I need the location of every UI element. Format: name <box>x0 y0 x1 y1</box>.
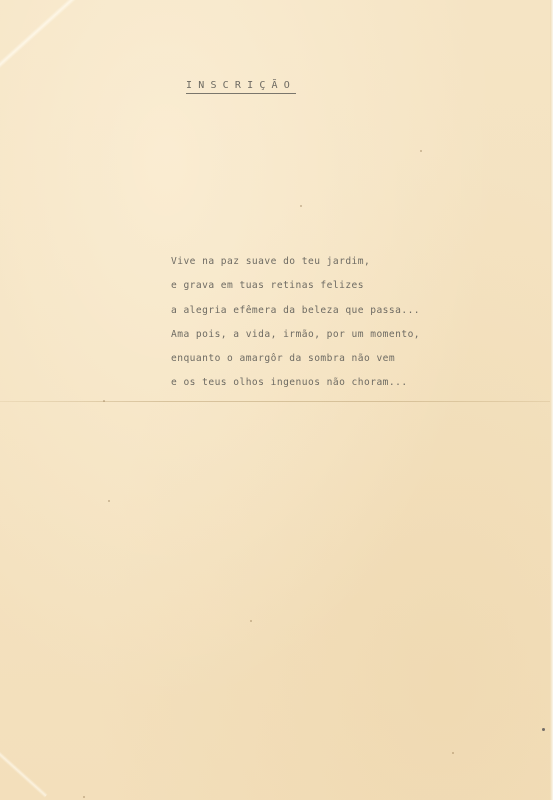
poem-line: e os teus olhos ingenuos não choram... <box>171 371 420 395</box>
paper-speck <box>83 796 85 798</box>
poem-line: a alegria efêmera da beleza que passa... <box>171 299 420 323</box>
poem-line: Vive na paz suave do teu jardim, <box>171 250 420 274</box>
paper-speck <box>108 500 110 502</box>
poem-line: enquanto o amargôr da sombra não vem <box>171 347 420 371</box>
fold-line <box>0 401 553 402</box>
paper-speck <box>103 400 105 402</box>
poem-body: Vive na paz suave do teu jardim, e grava… <box>171 250 420 396</box>
paper-speck <box>452 752 454 754</box>
document-title: INSCRIÇÃO <box>186 80 296 94</box>
paper-crease <box>0 747 48 798</box>
paper-speck <box>542 728 545 731</box>
paper-speck <box>250 620 252 622</box>
poem-line: e grava em tuas retinas felizes <box>171 274 420 298</box>
typewritten-page: INSCRIÇÃO Vive na paz suave do teu jardi… <box>0 0 553 800</box>
paper-crease <box>0 0 78 72</box>
paper-speck <box>300 205 302 207</box>
poem-line: Ama pois, a vida, irmão, por um momento, <box>171 323 420 347</box>
paper-speck <box>420 150 422 152</box>
